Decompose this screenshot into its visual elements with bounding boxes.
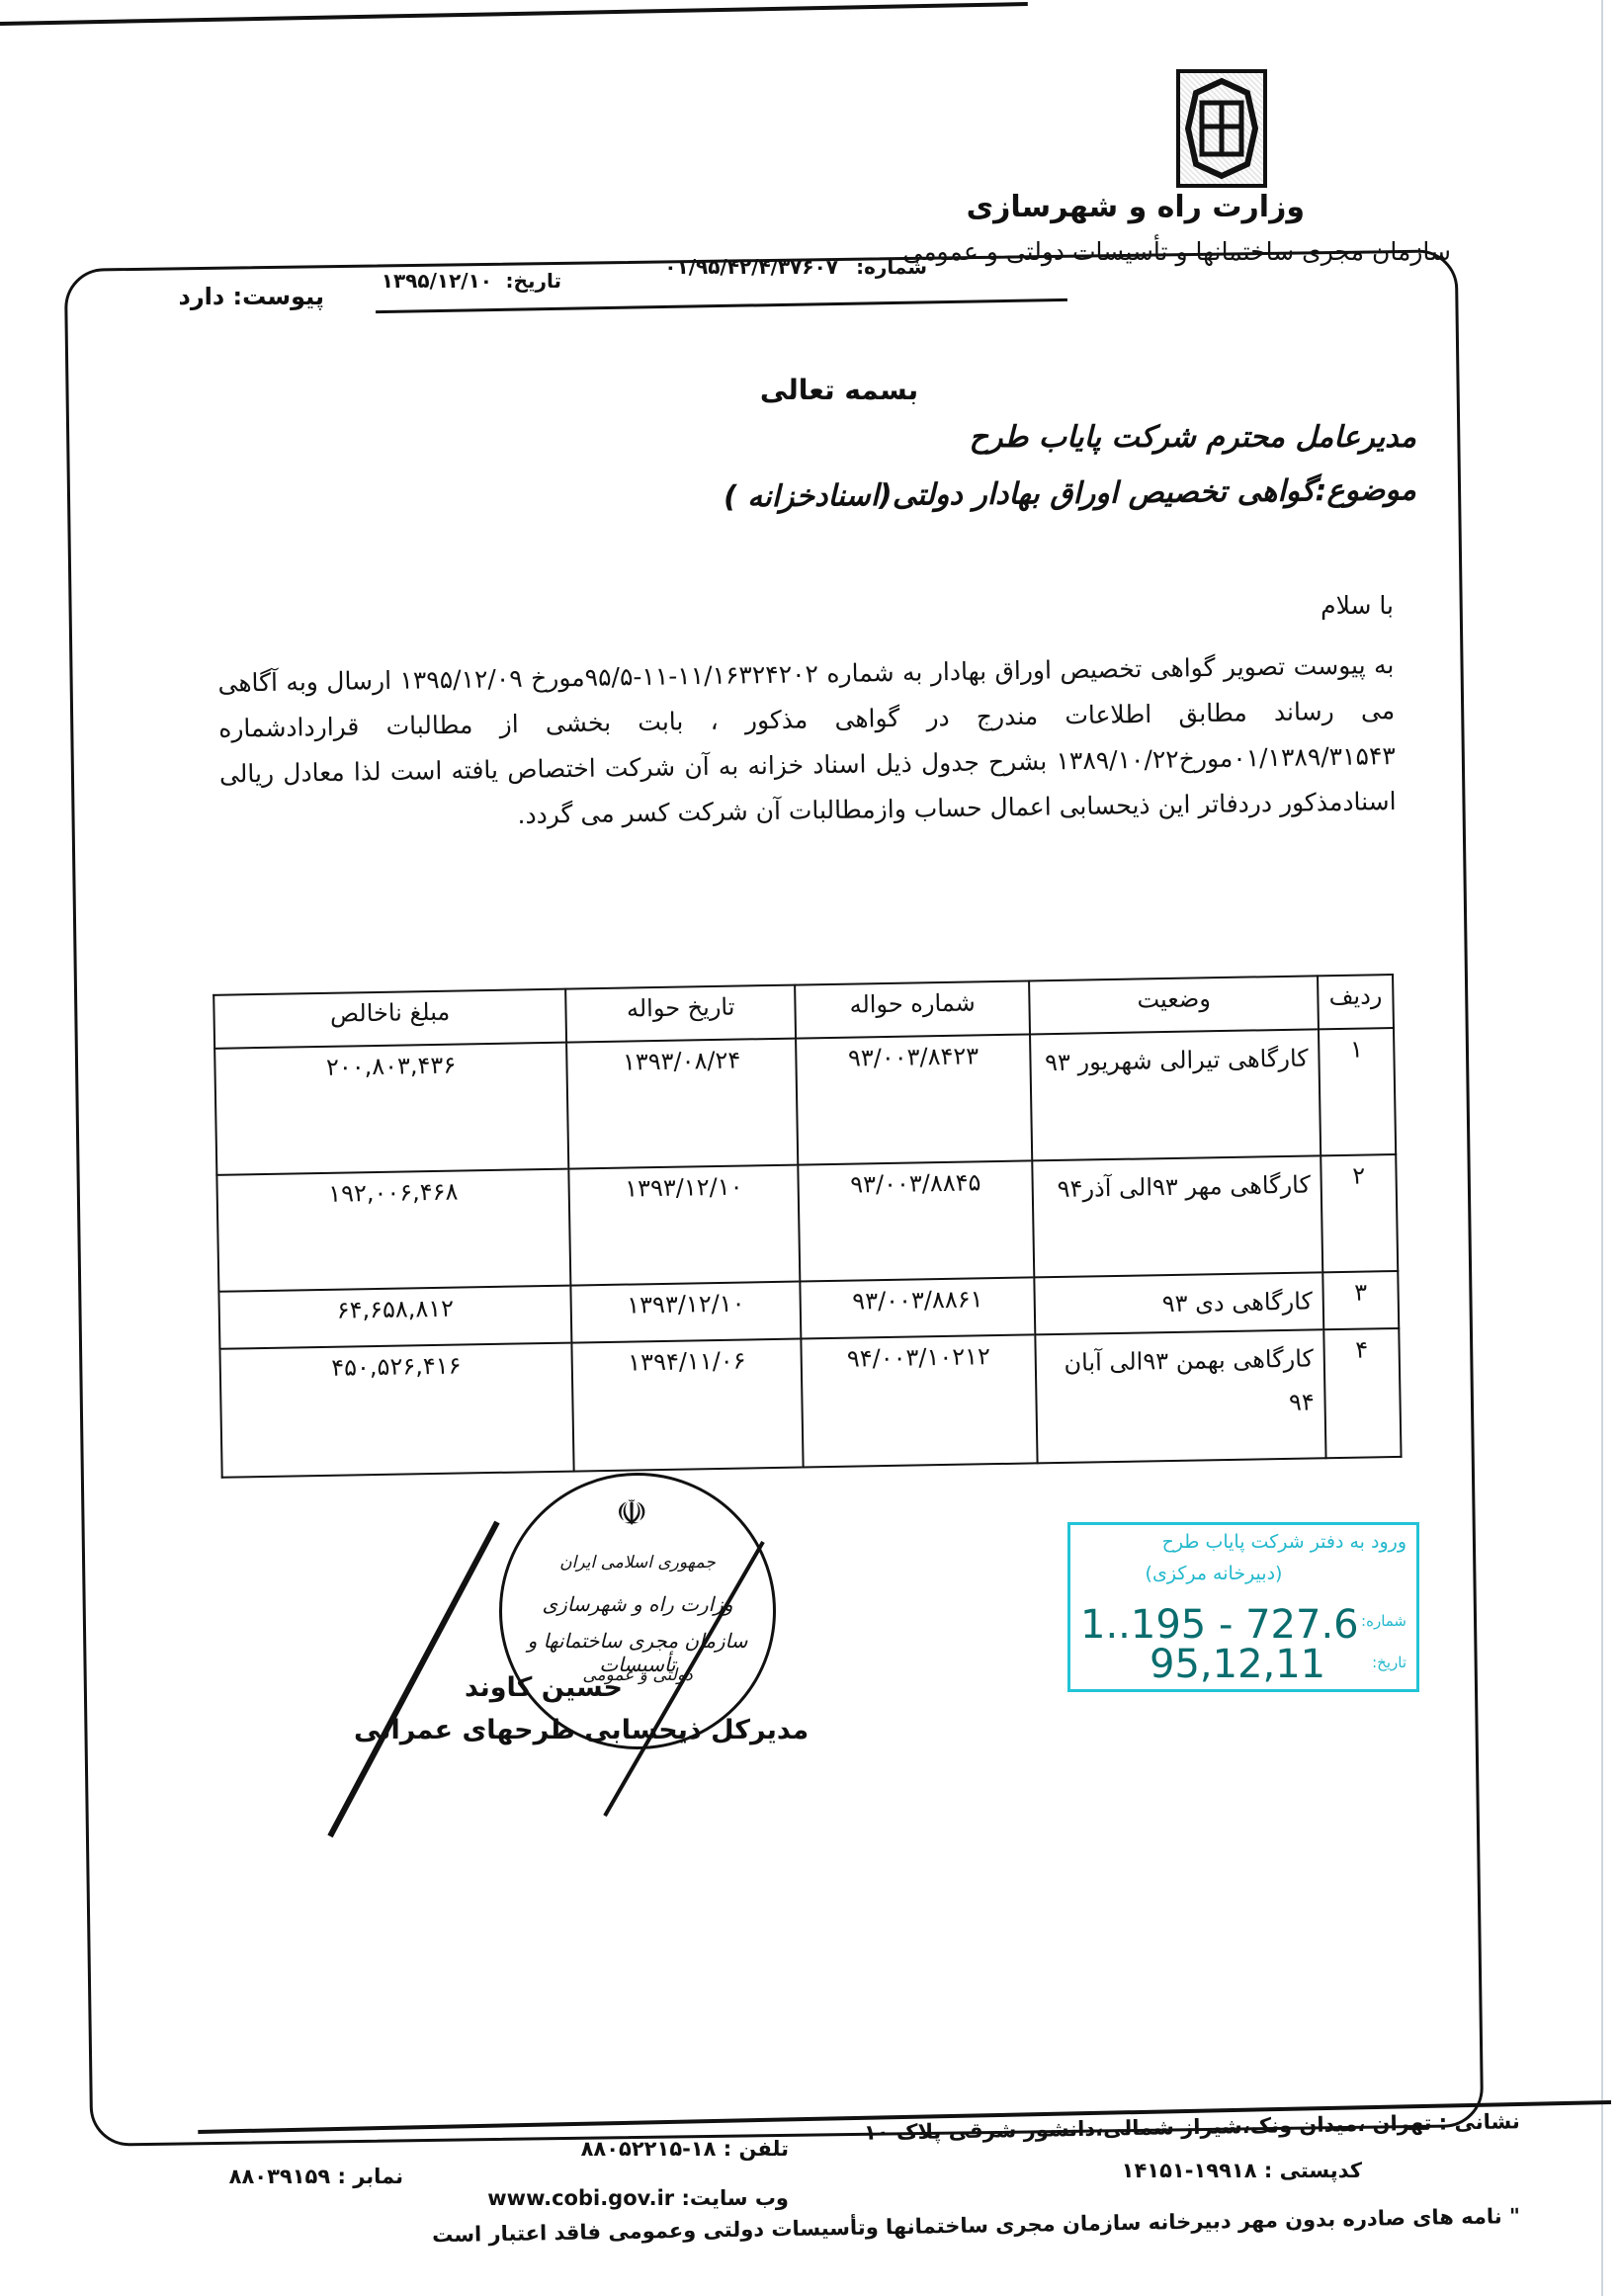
ministry-emblem-icon — [1176, 69, 1267, 188]
row-id: ۱ — [1319, 1028, 1396, 1155]
page-edge — [1601, 0, 1603, 2296]
letter-number: ۰۱/۹۵/۴۲/۴/۳۷۶۰۷ — [664, 255, 838, 279]
letter-body: به پیوست تصویر گواهی تخصیص اوراق بهادار … — [217, 642, 1397, 843]
row-id: ۴ — [1323, 1328, 1401, 1458]
row-transfer-number: ۹۳/۰۰۳/۸۸۶۱ — [801, 1277, 1036, 1338]
seal-line-1: جمهوری اسلامی ایران — [502, 1553, 773, 1573]
row-transfer-date: ۱۳۹۳/۱۲/۱۰ — [569, 1165, 801, 1286]
stamp-subtitle: (دبیرخانه مرکزی) — [1070, 1563, 1357, 1584]
row-transfer-number: ۹۴/۰۰۳/۱۰۲۱۲ — [802, 1334, 1038, 1467]
invocation: بسمه تعالی — [0, 374, 1619, 406]
row-gross-amount: ۴۵۰,۵۲۶,۴۱۶ — [219, 1343, 573, 1478]
row-gross-amount: ۶۴,۶۵۸,۸۱۲ — [218, 1286, 571, 1349]
row-transfer-number: ۹۳/۰۰۳/۸۸۴۵ — [798, 1160, 1034, 1281]
signatory-title: مدیرکل ذیحسابی طرحهای عمرانی — [354, 1715, 809, 1745]
allocation-table: ردیف وضعیت شماره حواله تاریخ حواله مبلغ … — [213, 974, 1402, 1479]
top-border-rule — [0, 2, 1028, 26]
footer-validity-note: " نامه های صادره بدون مهر دبیرخانه سازما… — [432, 2204, 1520, 2247]
header-transfer-date: تاریخ حواله — [565, 985, 796, 1043]
stamp-number-label: شماره: — [1361, 1612, 1406, 1630]
footer-postal-code: کدپستی : ۱۹۹۱۸-۱۴۱۵۱ — [1122, 2159, 1362, 2182]
row-id: ۳ — [1322, 1271, 1399, 1329]
footer-fax: نمابر : ۸۸۰۳۹۱۵۹ — [229, 2165, 403, 2188]
footer-website-link[interactable]: www.cobi.gov.ir — [487, 2186, 674, 2210]
letter-number-label: شماره: — [856, 255, 927, 279]
ministry-name: وزارت راه و شهرسازی — [967, 190, 1305, 224]
iran-emblem-icon: ☫ — [616, 1493, 647, 1534]
stamp-date-handwritten: 95,12,11 — [1150, 1642, 1325, 1687]
row-transfer-date: ۱۳۹۳/۰۸/۲۴ — [566, 1039, 798, 1169]
row-status: کارگاهی مهر ۹۳الی آذر۹۴ — [1032, 1155, 1322, 1277]
header-status: وضعیت — [1029, 976, 1319, 1034]
received-stamp: ورود به دفتر شرکت پایاب طرح (دبیرخانه مر… — [1067, 1522, 1419, 1692]
row-id: ۲ — [1321, 1154, 1398, 1272]
subject: موضوع:گواهی تخصیص اوراق بهادار دولتی(اسن… — [724, 472, 1416, 514]
row-status: کارگاهی بهمن ۹۳الی آبان ۹۴ — [1036, 1329, 1326, 1463]
recipient: مدیرعامل محترم شرکت پایاب طرح — [970, 420, 1416, 455]
letter-date: ۱۳۹۵/۱۲/۱۰ — [382, 269, 492, 293]
row-transfer-date: ۱۳۹۳/۱۲/۱۰ — [571, 1282, 802, 1343]
footer-website-label: وب سایت: — [681, 2186, 789, 2210]
row-status: کارگاهی تیرالی شهریور ۹۳ — [1030, 1029, 1321, 1160]
greeting: با سلام — [1321, 591, 1394, 620]
signatory-name: حسین کاوند — [465, 1672, 623, 1703]
row-gross-amount: ۱۹۲,۰۰۶,۴۶۸ — [216, 1169, 570, 1292]
row-gross-amount: ۲۰۰,۸۰۳,۴۳۶ — [214, 1043, 568, 1175]
attachment-status: پیوست: دارد — [179, 283, 325, 310]
table-row: ۱ کارگاهی تیرالی شهریور ۹۳ ۹۳/۰۰۳/۸۴۲۳ ۱… — [214, 1028, 1396, 1175]
header-transfer-number: شماره حواله — [795, 980, 1030, 1038]
row-transfer-date: ۱۳۹۴/۱۱/۰۶ — [572, 1339, 804, 1472]
table-row: ۴ کارگاهی بهمن ۹۳الی آبان ۹۴ ۹۴/۰۰۳/۱۰۲۱… — [219, 1328, 1401, 1478]
letter-date-label: تاریخ: — [506, 269, 561, 293]
stamp-date-label: تاریخ: — [1372, 1654, 1406, 1671]
footer-website: وب سایت: www.cobi.gov.ir — [487, 2186, 789, 2210]
footer-phone: تلفن : ۱۸-۸۸۰۵۲۲۱۵ — [581, 2137, 789, 2161]
header-row-id: ردیف — [1318, 975, 1394, 1029]
stamp-title: ورود به دفتر شرکت پایاب طرح — [1162, 1531, 1406, 1553]
table-row: ۲ کارگاهی مهر ۹۳الی آذر۹۴ ۹۳/۰۰۳/۸۸۴۵ ۱۳… — [216, 1154, 1398, 1292]
row-status: کارگاهی دی ۹۳ — [1034, 1272, 1323, 1334]
header-gross-amount: مبلغ ناخالص — [213, 989, 566, 1049]
row-transfer-number: ۹۳/۰۰۳/۸۴۲۳ — [796, 1034, 1032, 1164]
official-seal: ☫ جمهوری اسلامی ایران وزارت راه و شهرساز… — [499, 1473, 776, 1749]
